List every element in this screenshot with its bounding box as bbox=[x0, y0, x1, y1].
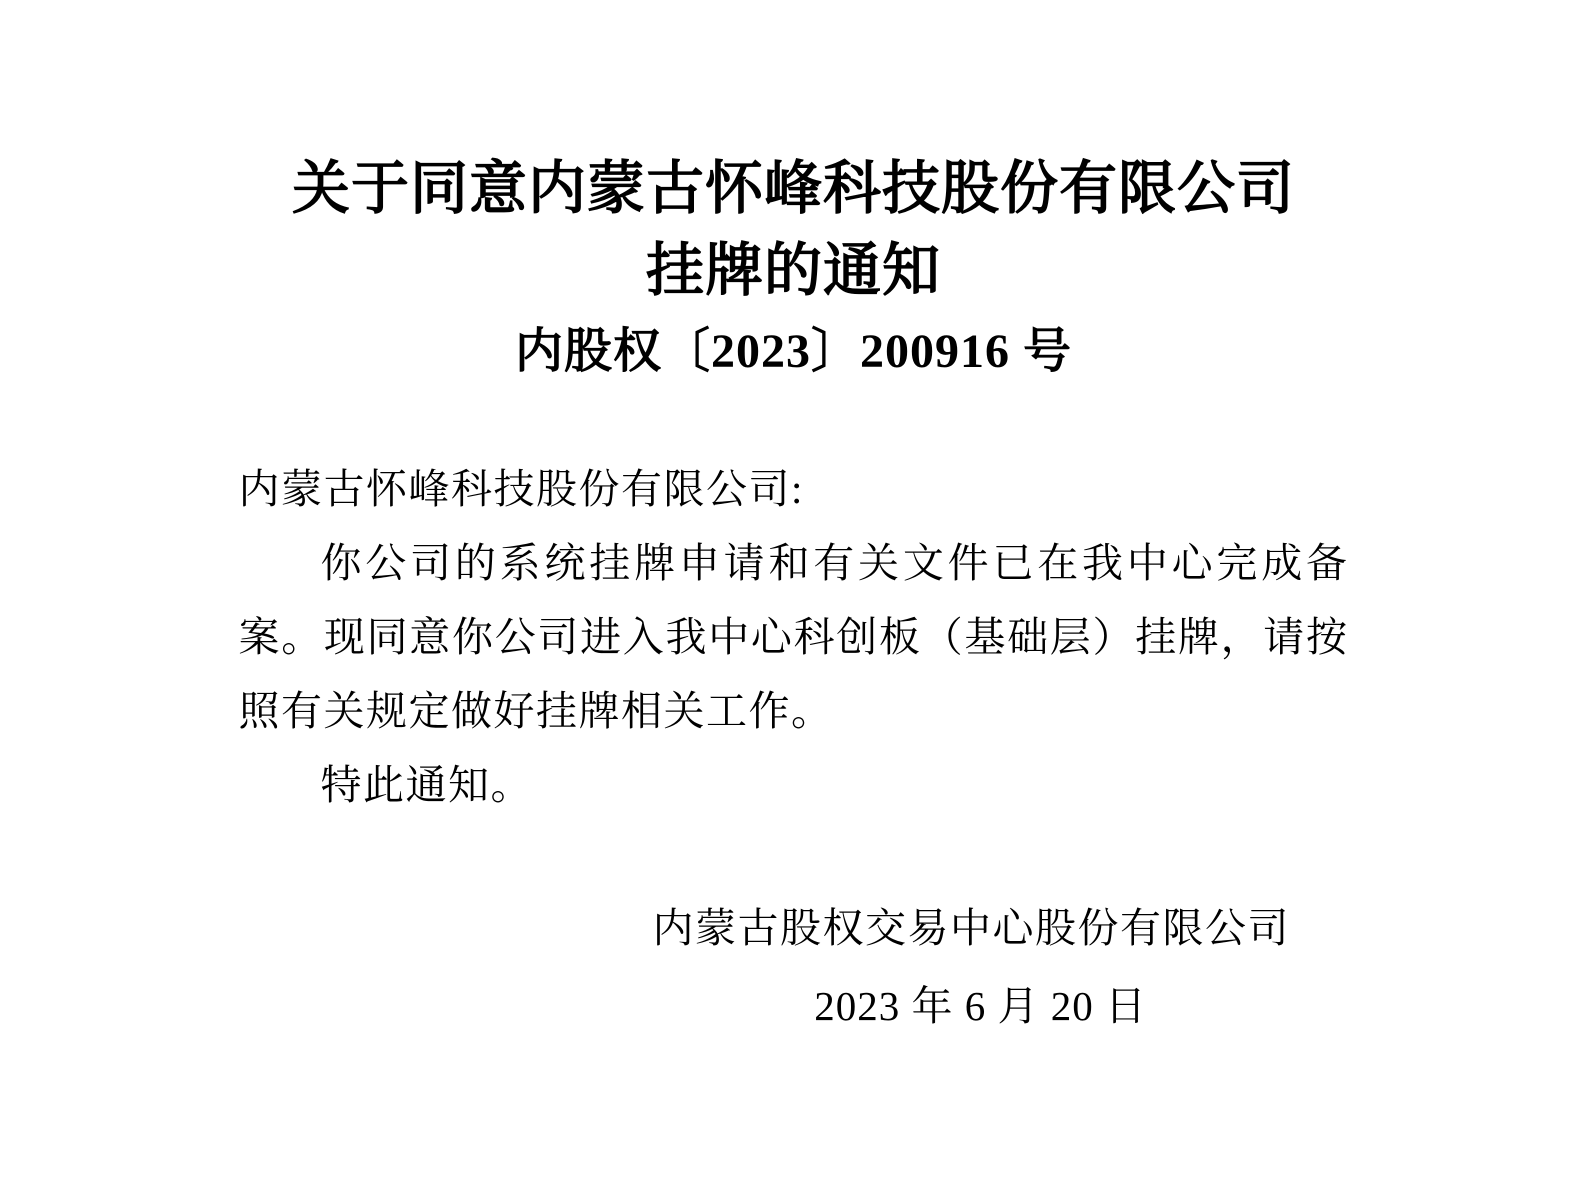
document-title-line1: 关于同意内蒙古怀峰科技股份有限公司 bbox=[0, 148, 1587, 230]
signature-company: 内蒙古股权交易中心股份有限公司 bbox=[0, 890, 1587, 966]
document-number: 内股权〔2023〕200916 号 bbox=[0, 316, 1587, 388]
salutation-line: 内蒙古怀峰科技股份有限公司: bbox=[239, 452, 1349, 526]
closing-line: 特此通知。 bbox=[239, 748, 1349, 822]
document-page: 关于同意内蒙古怀峰科技股份有限公司 挂牌的通知 内股权〔2023〕200916 … bbox=[0, 0, 1587, 1199]
document-body: 内蒙古怀峰科技股份有限公司: 你公司的系统挂牌申请和有关文件已在我中心完成备案。… bbox=[239, 452, 1349, 822]
signature-date: 2023 年 6 月 20 日 bbox=[0, 966, 1587, 1046]
document-title-block: 关于同意内蒙古怀峰科技股份有限公司 挂牌的通知 内股权〔2023〕200916 … bbox=[0, 0, 1587, 388]
main-paragraph: 你公司的系统挂牌申请和有关文件已在我中心完成备案。现同意你公司进入我中心科创板（… bbox=[239, 526, 1349, 748]
document-title-line2: 挂牌的通知 bbox=[0, 230, 1587, 312]
